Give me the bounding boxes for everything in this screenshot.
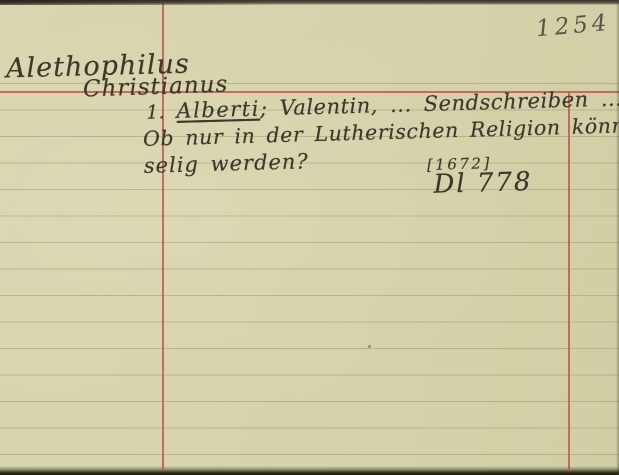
page-number: 1254 [535, 10, 612, 42]
entry-shelfmark: Dl 778 [433, 167, 533, 200]
catalog-entry: 1.Alberti; Valentin, ... Sendschreiben .… [138, 87, 612, 235]
entry-number: 1. [146, 101, 165, 123]
entry-title-line3: selig werden? [144, 149, 309, 178]
catalog-card-scan: 1254 Alethophilus Christianus 1.Alberti;… [0, 0, 619, 475]
scan-edge-top [0, 0, 619, 5]
paper-speck [368, 345, 371, 348]
entry-author: Alberti [176, 97, 260, 123]
scan-edge-bottom [0, 466, 619, 475]
